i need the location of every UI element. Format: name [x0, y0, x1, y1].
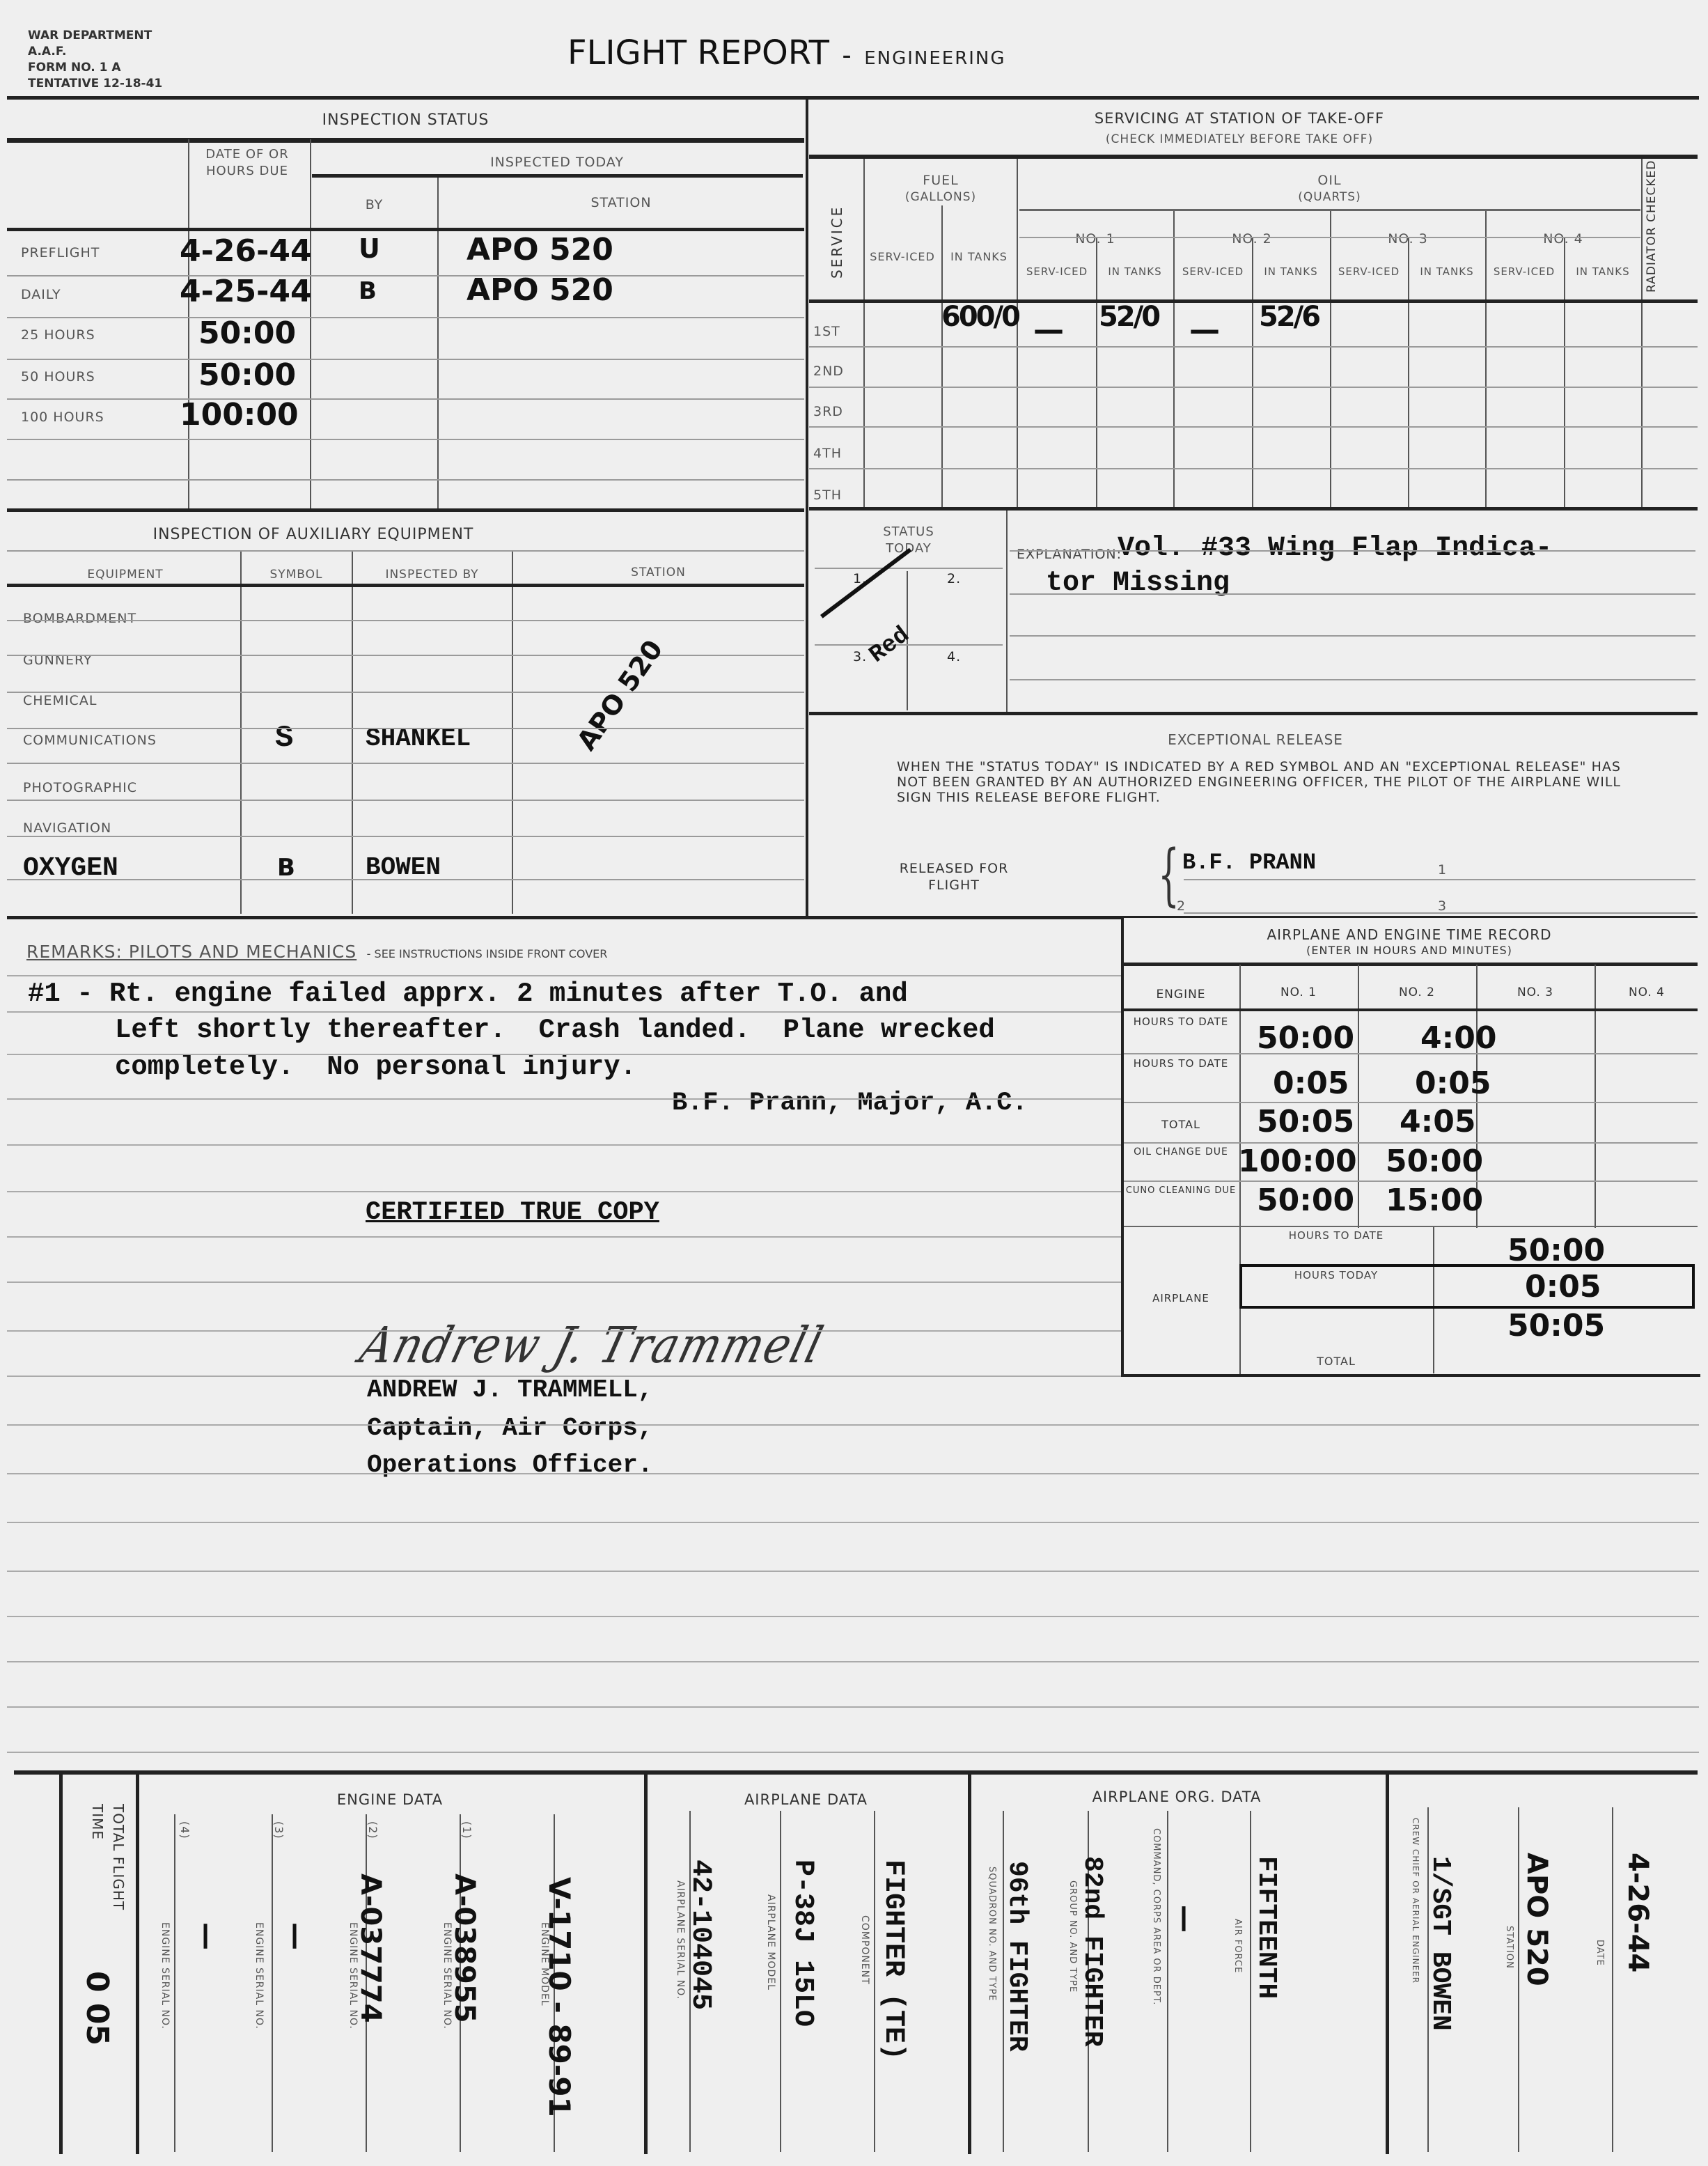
engine-serial-index: (2) [366, 1821, 379, 1839]
remarks-ruled-line [7, 1098, 1121, 1100]
divider [1019, 209, 1640, 211]
remarks-ruled-line [7, 1236, 1121, 1238]
time-record-title: AIRPLANE AND ENGINE TIME RECORD [1124, 926, 1695, 943]
inspected-by: U [359, 233, 380, 264]
station: APO 520 [1521, 1853, 1553, 1986]
divider [1612, 1807, 1613, 2152]
divider [1173, 209, 1175, 507]
time-row-label: HOURS TO DATE [1125, 1057, 1237, 1070]
remarks-ruled-line [7, 1752, 1699, 1753]
divider [968, 1775, 971, 2154]
oil2-in-tanks-header: IN TANKS [1253, 265, 1329, 279]
oil2-in-tanks-1st: 52/6 [1259, 301, 1319, 333]
equipment-label: BOMBARDMENT [23, 611, 136, 626]
component-label: COMPONENT [859, 1915, 870, 1985]
equipment-label: PHOTOGRAPHIC [23, 780, 137, 795]
airplane-data-title: AIRPLANE DATA [648, 1791, 964, 1808]
status-cell-2: 2. [947, 571, 961, 586]
inspected-by: B [359, 277, 377, 305]
equipment-symbol: B [277, 854, 295, 882]
col-header-station: STATION [440, 195, 802, 210]
engine-serial-label: ENGINE SERIAL NO. [159, 1922, 171, 2029]
oil1-in-tanks-header: IN TANKS [1097, 265, 1173, 279]
col-header-date-due: DATE OF OR HOURS DUE [195, 146, 299, 180]
row-line [809, 387, 1698, 388]
time-col-no4: NO. 4 [1596, 985, 1698, 999]
divider [7, 550, 804, 552]
due-value: 4-26-44 [180, 233, 312, 269]
divider [809, 507, 1698, 511]
airplane-total-value: 50:05 [1507, 1308, 1605, 1343]
engine-serial-label: ENGINE SERIAL NO. [253, 1922, 265, 2029]
remarks-ruled-line [7, 1706, 1699, 1708]
engine-serial-3: — [280, 1922, 312, 1950]
equipment-label: CHEMICAL [23, 693, 97, 708]
time-value: 15:00 [1386, 1183, 1483, 1218]
release-signer: B.F. PRANN [1182, 850, 1316, 875]
row-line [1010, 635, 1695, 637]
fuel-in-tanks-header: IN TANKS [943, 249, 1015, 265]
time-value: 100:00 [1238, 1144, 1357, 1179]
divider [1006, 511, 1008, 712]
date: 4-26-44 [1622, 1853, 1654, 1972]
time-value: 50:00 [1386, 1144, 1483, 1179]
divider [1019, 237, 1640, 238]
divider [1124, 1008, 1698, 1011]
remarks-line-2: Left shortly thereafter. Crash landed. P… [115, 1015, 995, 1045]
divider [7, 584, 804, 587]
air-force: FIFTEENTH [1251, 1856, 1281, 1999]
engine-data-title: ENGINE DATA [139, 1791, 641, 1808]
divider [1017, 159, 1018, 507]
oil4-serviced-header: SERV-ICED [1487, 265, 1562, 279]
engine-serial-index: (1) [460, 1821, 473, 1839]
air-force-label: AIR FORCE [1232, 1919, 1243, 1973]
airplane-row-label: TOTAL [1242, 1355, 1430, 1368]
airplane-row-label: HOURS TO DATE [1242, 1229, 1430, 1242]
command-label: COMMAND, CORPS AREA OR DEPT. [1151, 1828, 1161, 2005]
crew-chief-label: CREW CHIEF OR AERIAL ENGINEER [1411, 1818, 1420, 1984]
row-line [7, 692, 804, 693]
row-label: PREFLIGHT [21, 245, 100, 260]
divider [806, 98, 808, 919]
divider [240, 552, 242, 914]
row-line [1124, 1181, 1698, 1182]
section-title-servicing: SERVICING AT STATION OF TAKE-OFF [811, 110, 1668, 127]
airplane-row-label: HOURS TODAY [1242, 1269, 1430, 1282]
divider [780, 1811, 781, 2152]
oil-engine-no3: NO. 3 [1331, 231, 1484, 247]
col-header-inspected-today: INSPECTED TODAY [313, 155, 801, 170]
total-flight-time: 0 05 [79, 1971, 115, 2046]
col-header-oil-unit: (QUARTS) [1018, 190, 1641, 204]
airplane-label: AIRPLANE [1125, 1292, 1237, 1304]
engine-model: V-1710 - 89-91 [542, 1877, 577, 2117]
time-row-label: HOURS TO DATE [1125, 1015, 1237, 1029]
equipment-symbol: S [275, 721, 293, 756]
divider [1330, 209, 1331, 507]
row-label: 25 HOURS [21, 327, 95, 343]
service-row-label: 2ND [813, 364, 844, 379]
explanation-label: EXPLANATION: [1017, 547, 1122, 562]
oil1-in-tanks-1st: 52/0 [1099, 301, 1159, 333]
remarks-ruled-line [7, 1191, 1121, 1192]
page-title: FLIGHT REPORT - ENGINEERING [567, 33, 1006, 72]
remarks-ruled-line [7, 1011, 1121, 1013]
section-title-aux-equipment: INSPECTION OF AUXILIARY EQUIPMENT [7, 526, 620, 543]
form-identifier: WAR DEPARTMENT A.A.F. FORM NO. 1 A TENTA… [28, 28, 162, 92]
divider [1386, 1775, 1389, 2154]
total-flight-time-label: TOTAL FLIGHT TIME [87, 1804, 129, 1943]
divider [7, 138, 804, 143]
exceptional-release-title: EXCEPTIONAL RELEASE [811, 731, 1700, 748]
divider [1124, 963, 1698, 966]
divider [512, 552, 513, 914]
due-value: 100:00 [180, 397, 299, 433]
fuel-in-tanks-1st: 600/0 [941, 301, 1019, 333]
remarks-ruled-line [7, 1424, 1699, 1426]
crew-chief: 1/SGT BOWEN [1425, 1856, 1455, 2031]
oil3-in-tanks-header: IN TANKS [1409, 265, 1484, 279]
col-header-station: STATION [514, 566, 803, 579]
divider [1595, 965, 1596, 1228]
row-line [7, 879, 804, 880]
fuel-serviced-header: SERV-ICED [868, 249, 937, 265]
released-for-flight-label: RELEASED FOR FLIGHT [895, 860, 1013, 894]
title-separator: - [842, 40, 851, 70]
remarks-ruled-line [7, 1144, 1121, 1146]
oil1-serviced-header: SERV-ICED [1019, 265, 1095, 279]
row-label: DAILY [21, 287, 61, 302]
col-header-fuel: FUEL [865, 173, 1017, 188]
divider [174, 1814, 175, 2152]
remarks-title: REMARKS: PILOTS AND MECHANICS [26, 942, 357, 962]
airplane-model: P-38J 15LO [787, 1860, 818, 2027]
divider [59, 1775, 63, 2154]
row-line [7, 398, 804, 400]
airplane-hours-today: 0:05 [1525, 1269, 1601, 1304]
status-slash-mark [820, 548, 911, 618]
row-label: 50 HOURS [21, 369, 95, 384]
signature-line [1184, 912, 1695, 914]
remarks-line-3: completely. No personal injury. [115, 1052, 636, 1082]
time-value: 4:05 [1400, 1104, 1475, 1139]
divider [7, 96, 1699, 100]
date-label: DATE [1595, 1940, 1605, 1966]
col-header-equipment: EQUIPMENT [14, 568, 237, 582]
station-value: APO 520 [467, 272, 613, 308]
row-line [1124, 1102, 1698, 1103]
oil2-serviced-header: SERV-ICED [1175, 265, 1251, 279]
oil-engine-no4: NO. 4 [1487, 231, 1640, 247]
remarks-header: REMARKS: PILOTS AND MECHANICS - SEE INST… [26, 942, 607, 962]
oil-engine-no1: NO. 1 [1018, 231, 1173, 247]
time-row-label: TOTAL [1125, 1118, 1237, 1131]
time-record-subtitle: (ENTER IN HOURS AND MINUTES) [1124, 944, 1695, 957]
status-cell-3: 3. [853, 649, 867, 664]
divider [188, 139, 189, 508]
row-line [1124, 1226, 1698, 1227]
divider [312, 174, 803, 178]
divider [7, 228, 804, 231]
engine-serial-2: A-037774 [354, 1873, 386, 2023]
service-row-label: 5TH [813, 488, 842, 503]
command: — [1169, 1905, 1201, 1933]
remarks-ruled-line [7, 1054, 1121, 1055]
officer-title: Operations Officer. [367, 1451, 652, 1479]
time-value: 50:05 [1257, 1104, 1354, 1139]
station-value: APO 520 [467, 232, 613, 267]
col-header-by: BY [313, 197, 435, 212]
row-line [1010, 550, 1695, 552]
org-data-title: AIRPLANE ORG. DATA [971, 1789, 1382, 1805]
signature-script: Andrew J. Trammell [354, 1316, 830, 1375]
remarks-ruled-line [7, 1522, 1699, 1523]
row-line [1010, 679, 1695, 680]
engine-serial-index: (3) [272, 1821, 285, 1839]
squadron: 96th FIGHTER [1002, 1861, 1032, 2052]
group-label: GROUP NO. AND TYPE [1067, 1880, 1078, 1993]
airplane-model-label: AIRPLANE MODEL [765, 1894, 776, 1990]
row-line [809, 468, 1698, 469]
row-line [1010, 593, 1695, 595]
officer-name: ANDREW J. TRAMMELL, [367, 1376, 652, 1404]
release-slot-1: 1 [1438, 862, 1447, 878]
divider [1641, 159, 1643, 507]
due-value: 50:00 [198, 357, 296, 393]
release-slot-2: 2 [1177, 898, 1186, 914]
oil-engine-no2: NO. 2 [1175, 231, 1329, 247]
divider [14, 1770, 1698, 1775]
time-value: 50:00 [1257, 1020, 1354, 1056]
divider [352, 552, 353, 914]
oil4-in-tanks-header: IN TANKS [1565, 265, 1640, 279]
col-header-inspected-by: INSPECTED BY [354, 568, 510, 582]
divider [1167, 1811, 1168, 2152]
row-line [809, 426, 1698, 428]
divider [874, 1811, 875, 2152]
airplane-serial: 42-104045 [684, 1860, 716, 2010]
remarks-ruled-line [7, 975, 1121, 976]
row-line [7, 800, 804, 801]
airplane-hours-to-date: 50:00 [1507, 1233, 1605, 1268]
row-line [809, 346, 1698, 348]
row-line [7, 836, 804, 837]
col-header-service: SERVICE [829, 205, 845, 279]
row-line [1124, 1053, 1698, 1054]
divider [136, 1775, 139, 2154]
equipment-inspected-by: BOWEN [366, 853, 441, 882]
status-cell-4: 4. [947, 649, 961, 664]
row-line [7, 763, 804, 764]
certified-true-copy: CERTIFIED TRUE COPY [366, 1198, 659, 1227]
remarks-ruled-line [7, 1571, 1699, 1572]
group: 82nd FIGHTER [1077, 1856, 1107, 2047]
due-value: 50:00 [198, 315, 296, 351]
oil3-serviced-header: SERV-ICED [1331, 265, 1407, 279]
divider [863, 159, 865, 507]
row-line [7, 479, 804, 481]
row-line [7, 275, 804, 276]
remarks-instructions: - SEE INSTRUCTIONS INSIDE FRONT COVER [367, 947, 608, 960]
section-subtitle-servicing: (CHECK IMMEDIATELY BEFORE TAKE OFF) [811, 132, 1668, 146]
divider [644, 1775, 648, 2154]
divider [809, 155, 1698, 159]
divider [1358, 965, 1359, 1228]
time-col-engine: ENGINE [1124, 988, 1238, 1002]
oil1-serviced-1st: — [1033, 312, 1064, 348]
release-slot-3: 3 [1438, 898, 1447, 914]
divider [1518, 1807, 1519, 2152]
remarks-ruled-line [7, 1616, 1699, 1617]
title-main: FLIGHT REPORT [567, 33, 829, 72]
component: FIGHTER (TE) [877, 1860, 909, 2060]
officer-rank: Captain, Air Corps, [367, 1414, 652, 1442]
equipment-station-diagonal: APO 520 [571, 634, 669, 756]
divider [815, 568, 1003, 569]
col-header-radiator: RADIATOR CHECKED [1645, 167, 1659, 293]
remarks-ruled-line [7, 1473, 1699, 1474]
time-col-no1: NO. 1 [1241, 985, 1356, 999]
time-col-no3: NO. 3 [1478, 985, 1593, 999]
service-row-label: 4TH [813, 446, 842, 461]
row-line [7, 317, 804, 318]
equipment-label: NAVIGATION [23, 820, 111, 836]
time-col-no2: NO. 2 [1359, 985, 1475, 999]
divider [310, 139, 311, 508]
time-value: 0:05 [1273, 1066, 1349, 1101]
col-header-symbol: SYMBOL [242, 568, 350, 582]
row-line [7, 728, 804, 729]
remarks-ruled-line [7, 1661, 1699, 1662]
time-value: 0:05 [1415, 1066, 1491, 1101]
form-id-line: FORM NO. 1 A [28, 60, 162, 76]
engine-serial-4: — [191, 1922, 223, 1950]
divider [7, 508, 804, 512]
exceptional-release-text: WHEN THE "STATUS TODAY" IS INDICATED BY … [897, 759, 1621, 805]
divider [809, 712, 1698, 715]
col-header-fuel-unit: (GALLONS) [865, 190, 1017, 204]
row-line [7, 620, 804, 621]
engine-serial-1: A-038955 [448, 1873, 480, 2023]
row-line [7, 359, 804, 360]
form-id-line: TENTATIVE 12-18-41 [28, 76, 162, 92]
row-line [7, 439, 804, 440]
due-value: 4-25-44 [180, 274, 312, 309]
time-value: 4:00 [1420, 1020, 1496, 1056]
divider [1485, 209, 1487, 507]
time-value: 50:00 [1257, 1183, 1354, 1218]
remarks-ruled-line [7, 1281, 1121, 1283]
remarks-ruled-line [7, 1330, 1121, 1332]
station-label: STATION [1504, 1926, 1514, 1969]
form-id-line: A.A.F. [28, 44, 162, 60]
remarks-signed: B.F. Prann, Major, A.C. [672, 1089, 1028, 1118]
time-row-label: OIL CHANGE DUE [1125, 1146, 1237, 1159]
time-row-label: CUNO CLEANING DUE [1125, 1184, 1237, 1197]
divider [272, 1814, 273, 2152]
equipment-label: COMMUNICATIONS [23, 733, 157, 748]
section-title-inspection-status: INSPECTION STATUS [7, 111, 804, 129]
signature-line [1184, 879, 1695, 880]
title-sub: ENGINEERING [864, 48, 1005, 69]
explanation-line-1: Vol. #33 Wing Flap Indica- [1118, 533, 1552, 564]
service-row-label: 3RD [813, 404, 843, 419]
row-label: 100 HOURS [21, 410, 104, 425]
service-row-label: 1ST [813, 324, 840, 339]
remarks-line-1: #1 - Rt. engine failed apprx. 2 minutes … [28, 979, 908, 1009]
oil2-serviced-1st: — [1189, 312, 1220, 348]
col-header-oil: OIL [1018, 173, 1641, 188]
form-id-line: WAR DEPARTMENT [28, 28, 162, 44]
squadron-label: SQUADRON NO. AND TYPE [987, 1867, 997, 2001]
engine-serial-index: (4) [178, 1821, 191, 1839]
row-line [7, 655, 804, 656]
